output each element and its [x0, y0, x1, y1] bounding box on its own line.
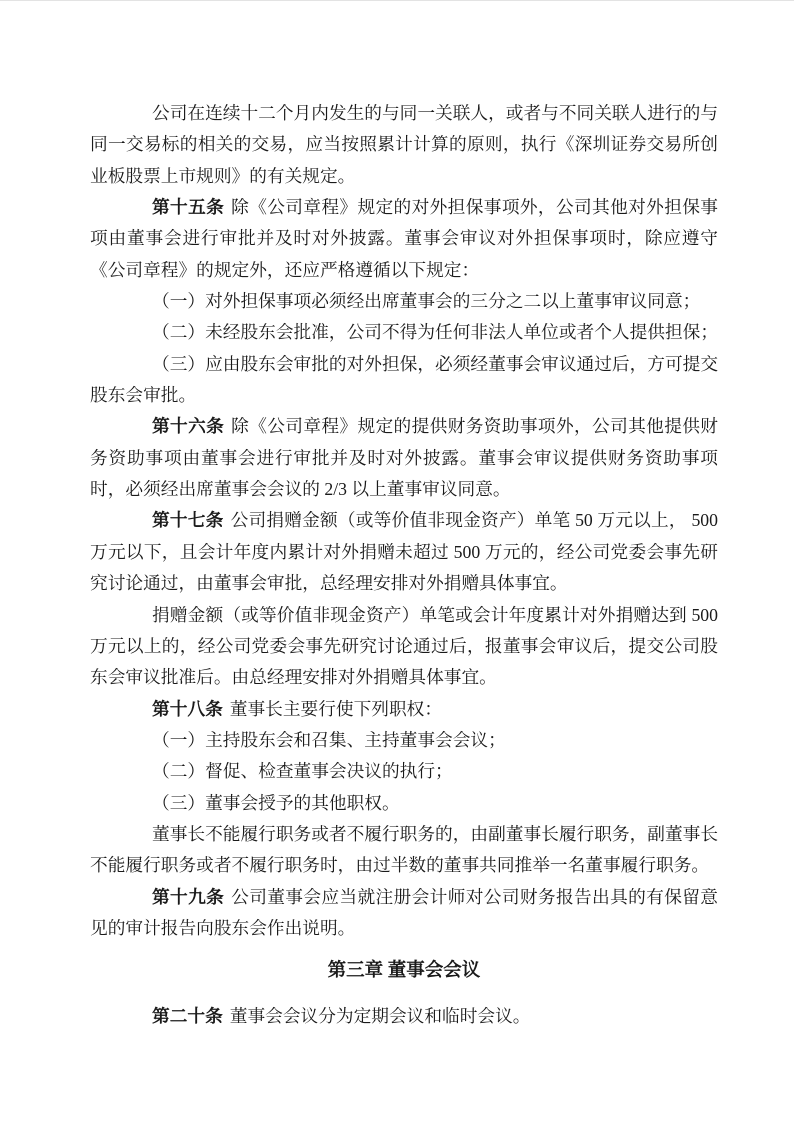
paragraph-text: （二）未经股东会批准，公司不得为任何非法人单位或者个人提供担保； [152, 322, 718, 342]
paragraph: 第十八条董事长主要行使下列职权： [90, 694, 718, 725]
paragraph: 第十五条除《公司章程》规定的对外担保事项外，公司其他对外担保事项由董事会进行审批… [90, 192, 718, 286]
paragraph: 第十七条公司捐赠金额（或等价值非现金资产）单笔 50 万元以上， 500 万元以… [90, 505, 718, 599]
paragraph: （二）未经股东会批准，公司不得为任何非法人单位或者个人提供担保； [90, 317, 718, 348]
paragraph: （一）对外担保事项必须经出席董事会的三分之二以上董事审议同意； [90, 286, 718, 317]
paragraph-text: （三）应由股东会审批的对外担保，必须经董事会审议通过后，方可提交股东会审批。 [90, 354, 718, 405]
paragraph: 第十六条除《公司章程》规定的提供财务资助事项外，公司其他提供财务资助事项由董事会… [90, 411, 718, 505]
paragraph-text: 董事长不能履行职务或者不履行职务的，由副董事长履行职务，副董事长不能履行职务或者… [90, 824, 718, 875]
paragraph-text: （二）督促、检查董事会决议的执行； [152, 761, 453, 781]
paragraph: 公司在连续十二个月内发生的与同一关联人，或者与不同关联人进行的与同一交易标的相关… [90, 98, 718, 192]
paragraph: 董事长不能履行职务或者不履行职务的，由副董事长履行职务，副董事长不能履行职务或者… [90, 819, 718, 882]
document-page: 公司在连续十二个月内发生的与同一关联人，或者与不同关联人进行的与同一交易标的相关… [0, 0, 794, 1122]
paragraph: （三）应由股东会审批的对外担保，必须经董事会审议通过后，方可提交股东会审批。 [90, 349, 718, 412]
paragraph: （二）督促、检查董事会决议的执行； [90, 756, 718, 787]
article-number: 第十八条 [152, 699, 223, 719]
chapter-heading-text: 第三章 董事会会议 [328, 961, 481, 981]
chapter-heading: 第三章 董事会会议 [90, 956, 718, 987]
paragraph: （一）主持股东会和召集、主持董事会会议； [90, 725, 718, 756]
paragraph: （三）董事会授予的其他职权。 [90, 788, 718, 819]
paragraph-text: 董事长主要行使下列职权： [230, 699, 442, 719]
paragraph: 第二十条董事会会议分为定期会议和临时会议。 [90, 1001, 718, 1032]
article-number: 第十九条 [152, 887, 224, 907]
article-number: 第十六条 [152, 416, 224, 436]
article-number: 第十七条 [152, 510, 224, 530]
document-content: 公司在连续十二个月内发生的与同一关联人，或者与不同关联人进行的与同一交易标的相关… [90, 98, 718, 1032]
paragraph-text: （一）主持股东会和召集、主持董事会会议； [152, 730, 506, 750]
paragraph-text: 董事会会议分为定期会议和临时会议。 [230, 1006, 531, 1026]
paragraph-text: 捐赠金额（或等价值非现金资产）单笔或会计年度累计对外捐赠达到 500 万元以上的… [90, 605, 718, 688]
article-number: 第十五条 [152, 197, 224, 217]
paragraph-text: 公司在连续十二个月内发生的与同一关联人，或者与不同关联人进行的与同一交易标的相关… [90, 103, 718, 186]
paragraph-text: （三）董事会授予的其他职权。 [152, 793, 400, 813]
paragraph: 捐赠金额（或等价值非现金资产）单笔或会计年度累计对外捐赠达到 500 万元以上的… [90, 600, 718, 694]
paragraph: 第十九条公司董事会应当就注册会计师对公司财务报告出具的有保留意见的审计报告向股东… [90, 882, 718, 945]
paragraph-text: （一）对外担保事项必须经出席董事会的三分之二以上董事审议同意； [152, 291, 700, 311]
article-number: 第二十条 [152, 1006, 223, 1026]
